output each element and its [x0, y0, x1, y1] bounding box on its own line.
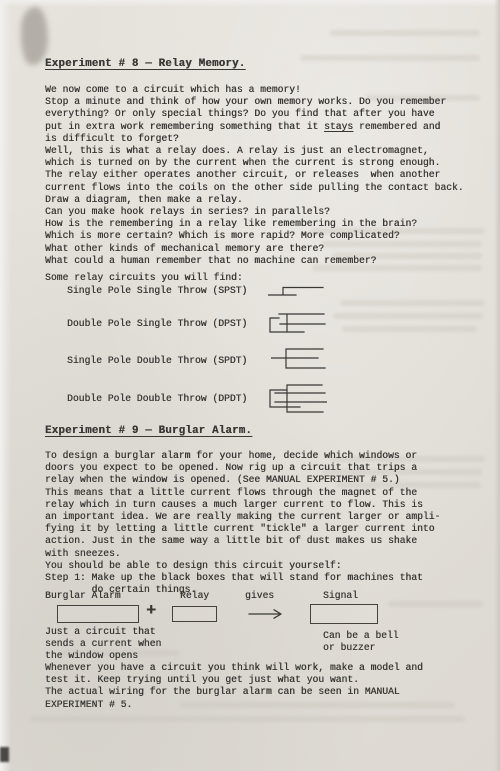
experiment-9-body: To design a burglar alarm for your home,…: [45, 450, 477, 596]
underlined-word: stays: [324, 121, 353, 132]
diagram-label-gives: gives: [245, 590, 274, 601]
experiment-8-heading: Experiment # 8 — Relay Memory.: [45, 58, 245, 70]
relay-box: [172, 606, 217, 622]
bleedthrough-mark: [333, 313, 483, 319]
spdt-switch-icon: [271, 348, 326, 370]
ink-stain: [0, 747, 9, 762]
scan-edge-left: [0, 0, 11, 771]
experiment-8-body: We now come to a circuit which has a mem…: [45, 84, 477, 267]
ink-stain: [21, 7, 48, 65]
gives-arrow-icon: [248, 607, 284, 625]
scanned-page: Experiment # 8 — Relay Memory. We now co…: [0, 0, 500, 771]
diagram-label-signal: Signal: [323, 590, 358, 601]
relay-type-label: Double Pole Double Throw (DPDT): [67, 393, 247, 404]
plus-sign: +: [146, 603, 156, 620]
bleedthrough-mark: [342, 326, 477, 332]
bleedthrough-mark: [300, 55, 480, 61]
spst-switch-icon: [268, 286, 324, 297]
bleedthrough-mark: [330, 30, 480, 36]
bleedthrough-mark: [340, 300, 485, 306]
scan-edge-top: [0, 0, 500, 7]
burglar-alarm-diagram: Burglar Alarm Relay gives Signal + Just …: [45, 590, 480, 665]
closing-paragraph: Whenever you have a circuit you think wi…: [45, 662, 477, 711]
bleedthrough-mark: [30, 716, 465, 722]
signal-box: [310, 604, 378, 624]
relay-type-label: Single Pole Double Throw (SPDT): [67, 355, 247, 366]
body-text: remembered and is difficult to forget? W…: [45, 121, 464, 266]
relay-type-label: Single Pole Single Throw (SPST): [67, 285, 247, 296]
dpst-switch-icon: [268, 312, 326, 335]
relay-circuits-intro: Some relay circuits you will find:: [45, 272, 243, 284]
burglar-alarm-box: [57, 605, 139, 623]
dpdt-switch-icon: [269, 384, 327, 417]
scan-edge-right: [494, 0, 500, 771]
caption-circuit: Just a circuit that sends a current when…: [45, 626, 161, 663]
diagram-label-burglar-alarm: Burglar Alarm: [45, 590, 121, 601]
relay-type-label: Double Pole Single Throw (DPST): [67, 318, 247, 329]
experiment-9-heading: Experiment # 9 — Burglar Alarm.: [45, 425, 252, 437]
diagram-label-relay: Relay: [180, 590, 209, 601]
caption-bell-buzzer: Can be a bell or buzzer: [323, 630, 399, 654]
